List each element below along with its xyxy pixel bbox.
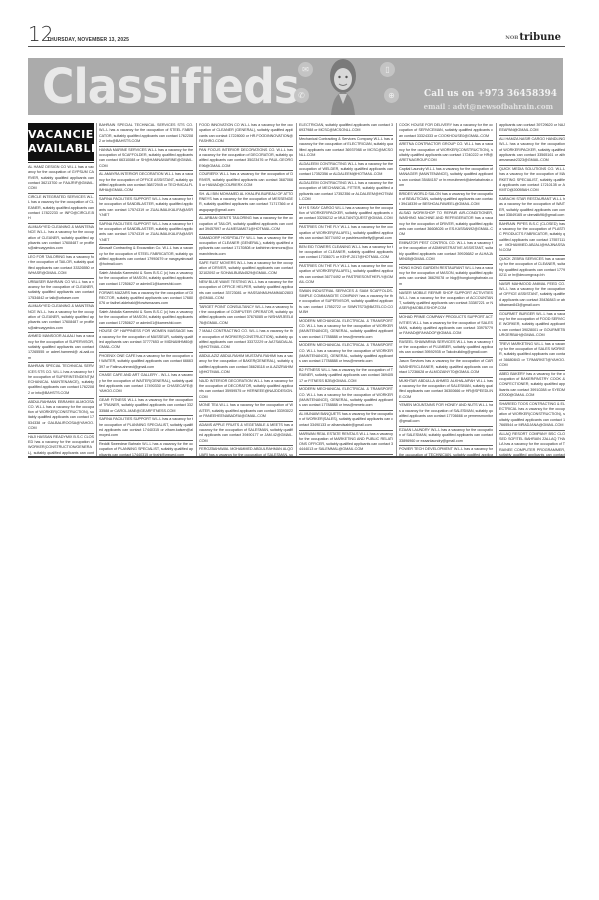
classified-ad: CHASE CAFE AND ART GALLERY - W.L.L has a…: [99, 372, 193, 397]
brand-name: tribune: [519, 32, 561, 43]
classifieds-banner: Classifieds ✉ ✆ ▯ ⊕ Call us on +973 3645…: [28, 58, 563, 115]
classified-ad: SAFINA FACILITIES SUPPORT W.L.L has a va…: [99, 196, 193, 221]
classified-ad: 7 MAAJ CONTRACTING CO. W.L.L has a vacan…: [199, 328, 293, 353]
classified-ad: SH. ALI BIN MOHAMED AL KHALIFA BUREAU OF…: [199, 191, 293, 216]
classified-ad: BEN EID TOWERS CLEANING W.L.L has a vaca…: [299, 244, 393, 263]
classified-ad: AL-ARBAN GENTS TAILORING has a vacancy f…: [199, 215, 293, 234]
classified-ad: NASIR MAHMOOD ANIMAL FEED CO. W.L.L has …: [499, 281, 565, 311]
classified-ad: YEMEN MOUNTAINS FOR HONEY AND NUTS W.L.L…: [399, 402, 493, 427]
classified-ad: ALLAQ RESORT COMPANY BSC CLOSED SOFITEL …: [499, 431, 565, 456]
classified-ad: Reddit Sweedear Bahrain W.L.L has a vaca…: [99, 441, 193, 456]
classified-ad: PASTRIES ON THE FLY W.L.L has a vacancy …: [299, 224, 393, 243]
classified-ad: COURIERX W.L.L has a vacancy for the occ…: [199, 171, 293, 190]
column-2: BAHRAIN SPECIAL TECHNICAL SERVICES STS C…: [99, 123, 193, 456]
classifieds-page: 12 THURSDAY, NOVEMBER 13, 2025 NOBtribun…: [0, 0, 599, 900]
vacancies-heading-line1: VACANCIES: [28, 128, 94, 142]
classified-ad: HOUSE OF HAPPINESS FOR WOMEN MASSAGE has…: [99, 328, 193, 353]
classified-ad: BAHRAIN PIPES B.S.C (CLOSED) has a vacan…: [499, 221, 565, 256]
classified-ad: BRIDES WORLD SALON has a vacancy for the…: [399, 191, 493, 210]
vacancies-heading-line2: AVAILABLE: [28, 142, 94, 156]
classified-ad: ALDALEEM CONTRACTING W.L.L has a vacancy…: [299, 161, 393, 180]
classified-ad: AL AMAYRA INTERIOR DECORATION W.L.L has …: [99, 171, 193, 196]
classified-ad: AHMED MANSOOR ALAALI has a vacancy for t…: [28, 333, 94, 363]
globe-icon: ⊕: [384, 88, 399, 103]
classified-ad: Jason Services has a vacancy for the occ…: [399, 358, 493, 377]
column-1: AL HAMZ DESIGN CO W.L.L has a vacancy fo…: [28, 165, 94, 455]
column-5: COOK HOUSE FOR DELIVERY has a vacancy fo…: [399, 123, 493, 456]
classified-ad: AL MUNAWI BANQUETS has a vacancy for the…: [299, 411, 393, 430]
masthead: 12 THURSDAY, NOVEMBER 13, 2025 NOBtribun…: [28, 26, 565, 47]
classified-ad: MARWAN REAL ESTATE RENTALS W.L.L has a v…: [299, 431, 393, 456]
classified-ad: NASER MOBILE REPAIR SHOP SUPPORT ACTIVIT…: [399, 290, 493, 315]
brand-logo: NOBtribune: [505, 32, 561, 43]
classified-ad: PHOENIX ONE CAFE has a vacancy for the o…: [99, 353, 193, 372]
dateline: THURSDAY, NOVEMBER 13, 2025: [47, 37, 129, 43]
classified-ad: SAMADORP HOSPITALITY W.L.L has a vacancy…: [199, 235, 293, 260]
column-divider: [496, 123, 497, 456]
banner-title: Classifieds: [42, 60, 299, 114]
classified-ad: URBASER BAHRAIN CO W.L.L has a vacancy f…: [28, 279, 94, 304]
classified-ad: NEW BLUE WAVE TESTING W.L.L has a vacanc…: [199, 279, 293, 304]
column-divider: [96, 123, 97, 456]
classified-ad: ALI HAMZA NASIR CARGO HANDLING W.L.L has…: [499, 136, 565, 166]
classified-ad: HONG KONG GARDEN RESTAURANT W.L.L has a …: [399, 265, 493, 290]
classified-ad: COOK HOUSE FOR DELIVERY has a vacancy fo…: [399, 123, 493, 141]
column-3: FOOD INNOVATION CO W.L.L has a vacancy f…: [199, 123, 293, 456]
classified-ad: PAN FOCUS INTERIOR DECORATIONS CO. W.L.L…: [199, 147, 293, 172]
classified-ad: MODERN MECHANICAL ELECTRICAL & TRANSPORT…: [299, 386, 393, 411]
column-divider: [296, 123, 297, 456]
classified-ad: SHAREED TOOS CONTRACTING & ELECTRICAL ha…: [499, 401, 565, 431]
classified-ad: MONE TEA W.L.L has a vacancy for the occ…: [199, 402, 293, 421]
operator-illustration-icon: [323, 58, 363, 115]
classified-ad: SIWAN INDUSTRIAL SERVICES & SIAM SCAFFOL…: [299, 288, 393, 318]
classified-ad: SAFINA FACILITIES SUPPORT W.L.L has a va…: [99, 221, 193, 246]
email-text: email : advt@newsofbahrain.com: [424, 102, 553, 111]
classified-ad: NAJD INTERIOR DECORATION W.L.L has a vac…: [199, 378, 293, 403]
classified-ad: FEROZBAHAWAL MOHAMMED ABDULRAHMAN ALQOUA…: [199, 446, 293, 456]
classified-ad: Capital Laundry W.L.L has a vacancy for …: [399, 166, 493, 191]
classified-ad: Alnosaif Contracting & Excavation Co. W.…: [99, 245, 193, 270]
classified-ad: HANNA MARINE SERVICES W.L.L has a vacanc…: [99, 147, 193, 172]
classified-ad: M H S SKAY CARGO W.L.L has a vacancy for…: [299, 205, 393, 224]
classified-ad: SAFE FAST MOVERS W.L.L has a vacancy for…: [199, 260, 293, 279]
classified-ad: MOHAD PRIME COMPANY PRODUCTS SUPPORT ACT…: [399, 314, 493, 339]
classified-ad: FORWIS MAZARS has a vacancy for the occu…: [99, 290, 193, 309]
classified-ad: ALDALEEM CONTRACTING W.L.L has a vacancy…: [299, 180, 393, 205]
column-divider: [196, 123, 197, 456]
classified-ad: B2 FITNESS W.L.L has a vacancy for the o…: [299, 367, 393, 386]
classified-ad: applicants can contact 39729620 or NAJEE…: [499, 123, 565, 136]
classified-ad: MUKHTAR ABDULLA AHMED ALKHALAIFAH W.L.L …: [399, 378, 493, 403]
classified-ad: EZAAN LAUNDRY W.L.L has a vacancy for th…: [399, 427, 493, 446]
phone-icon: ✆: [294, 88, 309, 103]
classified-ad: RASEEL SHAWARMA SERVICES W.L.L has a vac…: [399, 339, 493, 358]
classified-ad: CIRCLE INTEGRATED SERVICES W.L.L has a v…: [28, 194, 94, 224]
classified-ad: ABDULRAHMAN EBRAHIM ALMOOSA CO. W.L.L ha…: [28, 399, 94, 434]
classified-ad: QUICK ZEBRA SERVICES has a vacancy for t…: [499, 256, 565, 281]
classified-ad: ARETNA CONTRACTOR GROUP CO. W.L.L has a …: [399, 141, 493, 166]
classified-ad: PASTRIES ON THE FLY W.L.L has a vacancy …: [299, 263, 393, 288]
classified-ad: ABDULAZIZ ABDULRAHIM MUSTAFA RAHIMI has …: [199, 353, 293, 378]
mobile-icon: ▯: [380, 62, 395, 77]
classified-ad: ABED BAKERY has a vacancy for the occupa…: [499, 371, 565, 401]
classified-ad: SAFINA FACILITIES SUPPORT W.L.L has a va…: [99, 416, 193, 441]
classified-ad: BAHRAIN SPECIAL TECHNICAL SERVICES STS C…: [99, 123, 193, 147]
column-4: ELECTRICIAN, suitably qualified applican…: [299, 123, 393, 456]
footer-rule: [28, 456, 565, 458]
classified-ad: ADAMS APPLE FRUITS & VEGETABLE & MEETS h…: [199, 422, 293, 447]
vacancies-available-heading: VACANCIES AVAILABLE: [28, 123, 94, 161]
classified-ad: Mechanical Contracting & Services Compan…: [299, 136, 393, 161]
classified-ad: QUICK MEDIA SOLUTIONS CO. W.L.L has a va…: [499, 166, 565, 196]
divider: [28, 162, 94, 163]
brand-prefix: NOB: [505, 35, 518, 41]
classified-ad: GEAR FITNESS W.L.L has a vacancy for the…: [99, 397, 193, 416]
column-divider: [396, 123, 397, 456]
classified-ad: KARACHI STAR RESTAURANT W.L.L has a vaca…: [499, 196, 565, 221]
classified-ad: Saleh Abdulla Kameshki & Sons B.S.C (c) …: [99, 309, 193, 328]
classified-ad: ELECTRICIAN, suitably qualified applican…: [299, 123, 393, 136]
column-6: applicants can contact 39729620 or NAJEE…: [499, 123, 565, 456]
classified-ad: EMINATOR PEST CONTROL CO. W.L.L has a va…: [399, 240, 493, 265]
classified-ad: TREVI MARKETING W.L.L has a vacancy for …: [499, 341, 565, 371]
classified-ad: POWER TECH DEVELOPMENT W.L.L has a vacan…: [399, 446, 493, 456]
classified-ad: AL HAMZ DESIGN CO W.L.L has a vacancy fo…: [28, 165, 94, 194]
classified-ad: FOOD INNOVATION CO W.L.L has a vacancy f…: [199, 123, 293, 147]
call-us-text: Call us on +973 36458394: [424, 89, 557, 99]
classified-ad: LEO FOR TAILORING has a vacancy for the …: [28, 254, 94, 279]
classified-ad: GOURMET BURGER W.L.L has a vacancy for t…: [499, 311, 565, 341]
classified-ad: MODERN MECHANICAL ELECTRICAL & TRANSPORT…: [299, 342, 393, 367]
classified-ad: TARGET POINT CONSULTANCY W.L.L has a vac…: [199, 304, 293, 329]
classified-ad: Saleh Abdulla Kameshki & Sons B.S.C (c) …: [99, 270, 193, 289]
classified-ad: ALMUAYYED CLEANING & MAINTENANCE W.L.L. …: [28, 303, 94, 333]
classified-ad: ALSAD WORKSHOP TO REPAIR AIR-CONDITIONER…: [399, 210, 493, 240]
envelope-icon: ✉: [298, 62, 313, 77]
classified-ad: HAJI HASSAN READYMIX B.S.C CLOSED has a …: [28, 434, 94, 455]
classified-ad: BAHRAIN SPECIAL TECHNICAL SERVICES STS C…: [28, 363, 94, 398]
classified-ad: MODERN MECHANICAL ELECTRICAL & TRANSPORT…: [299, 318, 393, 343]
classified-ad: ALMUAYYED CLEANING & MAINTENANCE W.L.L. …: [28, 224, 94, 254]
